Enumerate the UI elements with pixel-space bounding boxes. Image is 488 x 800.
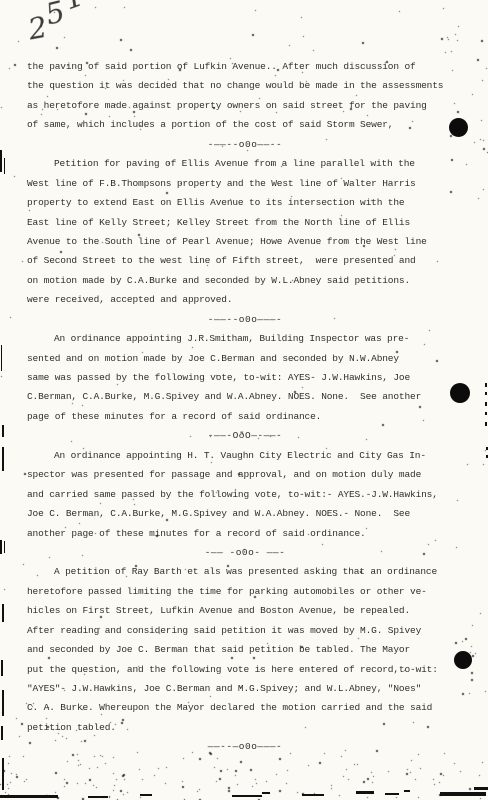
text-line: of same, which includes a portion of the… (27, 115, 463, 134)
scan-edge-artifact (0, 540, 2, 554)
document-text: the paving of said portion of Lufkin Ave… (27, 57, 463, 757)
document-page: 251 the paving of said portion of Lufkin… (0, 0, 488, 800)
scan-edge-artifact (485, 412, 487, 415)
text-line: same was passed by the following vote, t… (27, 368, 463, 387)
scan-edge-artifact (485, 383, 487, 387)
text-line: Petition for paving of Ellis Avenue from… (27, 154, 463, 173)
scan-edge-artifact (2, 758, 4, 790)
ink-blot-mark (449, 118, 468, 137)
scan-edge-artifact (2, 447, 4, 471)
text-line: as heretofore made against property owne… (27, 96, 463, 115)
text-line: were received, accepted and approved. (27, 290, 463, 309)
text-line: An ordinance appointing J.R.Smitham, Bui… (27, 329, 463, 348)
text-line: property to extend East on Ellis Avenue … (27, 193, 463, 212)
text-line: and seconded by Joe C. Berman that said … (27, 640, 463, 659)
text-line: East line of Kelly Street; Kelley Street… (27, 213, 463, 232)
text-line: the question it was decided that no chan… (27, 76, 463, 95)
scan-edge-artifact (2, 604, 4, 622)
scan-edge-artifact (385, 793, 399, 795)
text-line: of Second Street to the west line of Fif… (27, 251, 463, 270)
text-line: petition tabled. (27, 718, 463, 737)
scan-edge-artifact (1, 345, 2, 371)
scan-edge-artifact (232, 795, 262, 797)
scan-edge-artifact (404, 790, 410, 792)
text-line: the paving of said portion of Lufkin Ave… (27, 57, 463, 76)
scan-edge-artifact (474, 787, 488, 790)
section-separator: -——-OðO—-——- (27, 426, 463, 445)
text-line: "AYES"- J.W.Hawkins, Joe C.Berman and M.… (27, 679, 463, 698)
text-line: hicles on First Street, Lufkin Avenue an… (27, 601, 463, 620)
scan-edge-artifact (262, 792, 270, 794)
text-line: A petition of Ray Barth et als was prese… (27, 562, 463, 581)
scan-edge-artifact (140, 794, 152, 796)
scan-edge-artifact (1, 660, 3, 676)
text-line: heretofore passed limiting the time for … (27, 582, 463, 601)
minutes-paragraph: Petition for paving of Ellis Avenue from… (27, 154, 463, 310)
minutes-paragraph: An ordinance appointing J.R.Smitham, Bui… (27, 329, 463, 426)
text-line: spector was presented for passage and ap… (27, 465, 463, 484)
ink-blot-mark (450, 383, 470, 403)
section-separator: -——--o0o——-- (27, 135, 463, 154)
text-line: Joe C. Berman, C.A.Burke, M.G.Spivey and… (27, 504, 463, 523)
scan-edge-artifact (356, 791, 374, 794)
section-separator: ——--—o0o———- (27, 737, 463, 756)
text-line: another page of these minutes for a reco… (27, 524, 463, 543)
text-line: C. A. Burke. Whereupon the Mayor declare… (27, 698, 463, 717)
text-line: Avenue to the South line of Pearl Avenue… (27, 232, 463, 251)
minutes-paragraph: An ordinance appointing H. T. Vaughn Cit… (27, 446, 463, 543)
section-separator: -—— -o0o- ——- (27, 543, 463, 562)
scan-edge-artifact (0, 795, 58, 798)
text-line: An ordinance appointing H. T. Vaughn Cit… (27, 446, 463, 465)
text-line: sented and on motion made by Joe C.Berma… (27, 349, 463, 368)
text-line: on motion made by C.A.Burke and seconded… (27, 271, 463, 290)
text-line: and carried same passed by the following… (27, 485, 463, 504)
scan-edge-artifact (1, 726, 3, 740)
minutes-paragraph: A petition of Ray Barth et als was prese… (27, 562, 463, 737)
scan-edge-artifact (2, 425, 4, 437)
scan-edge-artifact (0, 150, 2, 172)
ink-blot-mark (454, 651, 472, 669)
text-line: C.Berman, C.A.Burke, M.G.Spivey and W.A.… (27, 387, 463, 406)
scan-edge-artifact (88, 796, 108, 798)
text-line: After reading and considering said petit… (27, 621, 463, 640)
scan-edge-artifact (485, 392, 487, 395)
text-line: West line of F.B.Thompsons property and … (27, 174, 463, 193)
text-line: page of these minutes for a record of sa… (27, 407, 463, 426)
scan-edge-artifact (440, 792, 486, 796)
scan-edge-artifact (302, 794, 324, 796)
scan-edge-artifact (4, 158, 5, 174)
scan-edge-artifact (4, 541, 5, 553)
scan-edge-artifact (485, 402, 487, 406)
section-separator: -——--o0o———- (27, 310, 463, 329)
minutes-paragraph: the paving of said portion of Lufkin Ave… (27, 57, 463, 135)
text-line: put the question, and the following vote… (27, 660, 463, 679)
handwritten-page-number: 251 (20, 0, 91, 33)
scan-edge-artifact (485, 422, 487, 426)
scan-edge-artifact (2, 690, 4, 716)
